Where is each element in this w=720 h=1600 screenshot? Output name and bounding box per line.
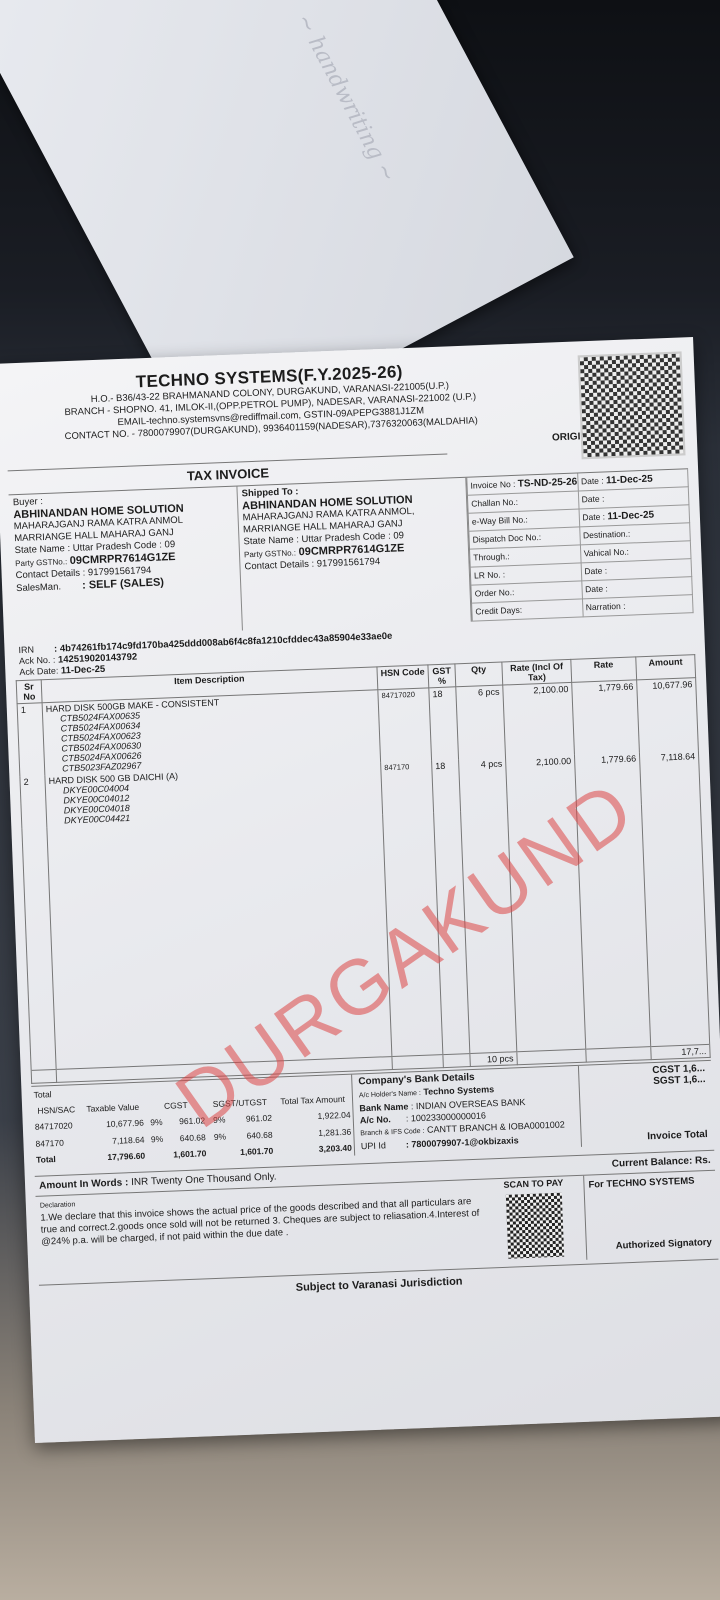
col-rate: Rate [571,657,637,682]
buyer-gst-label: Party GSTNo.: [15,557,67,568]
meta-label: Through.: [473,551,510,562]
party-section: Buyer : ABHINANDAN HOME SOLUTION MAHARAJ… [9,468,694,639]
meta-label: Date : [585,583,608,594]
tax-cell: 640.68 [228,1126,275,1144]
salesman-value: : SELF (SALES) [82,576,164,591]
branch-label: Branch & IFS Code : [360,1128,424,1137]
meta-label: Challan No.: [471,497,518,509]
cell-hsn: 847170 [381,760,434,814]
col-hsn: HSN Code [377,665,429,690]
tax-cell [147,1147,166,1164]
meta-label: Dispatch Doc No.: [472,532,541,545]
tax-cell: Total [34,1150,83,1168]
cell-qty: 6 pcs [456,685,506,759]
meta-label: Date : [584,565,607,576]
scan-to-pay: SCAN TO PAY [483,1176,587,1264]
tax-cell: 640.68 [165,1129,208,1147]
invoice-paper: TECHNO SYSTEMS(F.Y.2025-26) H.O.- B36/43… [0,337,720,1443]
salesman-label: SalesMan. [16,581,61,594]
col-gst: GST % [428,664,456,688]
tax-cell: 1,601.70 [166,1145,209,1163]
acc-label: A/c No. [360,1114,391,1125]
tax-total-label: Total [31,1085,80,1103]
ack-date-value: 11-Dec-25 [61,664,106,677]
tax-summary-table: Total HSN/SAC Taxable Value CGST SGST/UT… [31,1075,354,1168]
payment-qr-icon [506,1193,564,1259]
tax-cell: 84717020 [33,1117,82,1135]
cell-amount: 10,677.96 [637,678,699,753]
invoice-meta-grid: Invoice No : TS-ND-25-26-4593Date : 11-D… [466,469,693,621]
shipped-to-block: Shipped To : ABHINANDAN HOME SOLUTION MA… [237,478,471,631]
tax-cell: 9% [207,1112,228,1129]
declaration: Declaration 1.We declare that this invoi… [36,1180,487,1281]
shipped-gst-label: Party GSTNo.: [244,548,296,559]
cell-amount: 7,118.64 [639,750,700,804]
qr-code-icon [578,351,686,459]
amount-words-label: Amount In Words : [39,1177,129,1191]
signatory-block: For TECHNO SYSTEMS Authorized Signatory [584,1171,718,1260]
col-qty: Qty [455,662,503,687]
items-table: Sr No Item Description HSN Code GST % Qt… [16,654,711,1084]
meta-value: 11-Dec-25 [607,510,654,523]
cell-gst: 18 [429,687,459,760]
tax-cell: 961.02 [164,1113,207,1131]
cell-sr: 1 [17,703,45,776]
meta-label: Invoice No : [470,479,515,491]
tax-cell: 9% [146,1114,165,1131]
meta-value: 11-Dec-25 [606,474,653,487]
sgst-label: SGST [653,1075,681,1087]
cell-rate-incl: 2,100.00 [503,682,575,757]
tax-cell: 847170 [33,1134,82,1152]
meta-label: Credit Days: [475,605,522,617]
amount-words-value: INR Twenty One Thousand Only. [131,1172,277,1189]
authorized-signatory: Authorized Signatory [616,1237,712,1253]
tax-totals-side: CGST 1,6... SGST 1,6... Invoice Total [579,1061,714,1147]
tax-cell: 9% [207,1128,228,1145]
bank-details: Company's Bank Details A/c Holder's Name… [351,1066,582,1156]
total-qty: 10 pcs [470,1052,517,1067]
scan-to-pay-label: SCAN TO PAY [483,1176,583,1192]
col-rate-incl: Rate (Incl Of Tax) [502,659,572,685]
upi-label: UPI Id [361,1140,386,1151]
meta-label: Vahical No.: [584,547,630,559]
cgst-value: 1,6... [683,1063,706,1075]
current-balance-label: Current Balance: Rs. [612,1155,711,1170]
cell-rate-incl: 2,100.00 [506,755,577,810]
buyer-block: Buyer : ABHINANDAN HOME SOLUTION MAHARAJ… [9,487,243,640]
cell-sr: 2 [20,775,47,828]
tax-cell [208,1144,229,1161]
tax-col-hsn: HSN/SAC [32,1101,81,1119]
meta-label: LR No. : [474,569,506,580]
tax-cell: 961.02 [227,1110,274,1128]
meta-label: e-Way Bill No.: [472,514,528,526]
meta-label: Order No.: [475,587,515,599]
meta-label: Date : [582,511,605,522]
tax-cell: 3,203.40 [275,1139,354,1158]
meta-label: Date : [581,493,604,504]
col-amount: Amount [636,655,696,680]
cell-desc: HARD DISK 500GB MAKE - CONSISTENTCTB5024… [42,690,381,775]
tax-cell: 9% [146,1130,165,1147]
meta-label: Date : [581,476,604,487]
meta-value: TS-ND-25-26-4593 [518,476,579,490]
irn-label: IRN [18,644,34,655]
cell-rate: 1,779.66 [572,680,640,755]
ack-date-label: Ack Date: [19,666,58,677]
cell-hsn: 84717020 [378,688,432,762]
total-amount: 17,7... [651,1044,710,1059]
invoice-total-label: Invoice Total [588,1129,708,1145]
holder-label: A/c Holder's Name : [359,1090,421,1099]
holder-value: Techno Systems [423,1084,494,1097]
sgst-value: 1,6... [683,1074,706,1086]
meta-label: Destination.: [583,529,631,541]
tax-cell: 1,601.70 [228,1142,275,1160]
upi-value: : 7800079907-1@okbizaxis [406,1135,519,1149]
cell-qty: 4 pcs [459,757,508,811]
ack-no-label: Ack No. : [19,655,56,666]
faint-handwriting: ~ handwriting ~ [291,10,401,187]
signatory-for: For TECHNO SYSTEMS [588,1175,711,1192]
cell-rate: 1,779.66 [574,752,641,806]
meta-label: Narration : [586,601,626,613]
cell-gst: 18 [432,759,461,812]
bank-name-label: Bank Name [359,1101,408,1113]
tax-cell: 17,796.60 [82,1147,148,1166]
invoice-header: TECHNO SYSTEMS(F.Y.2025-26) H.O.- B36/43… [4,351,686,445]
col-sr: Sr No [16,680,42,704]
